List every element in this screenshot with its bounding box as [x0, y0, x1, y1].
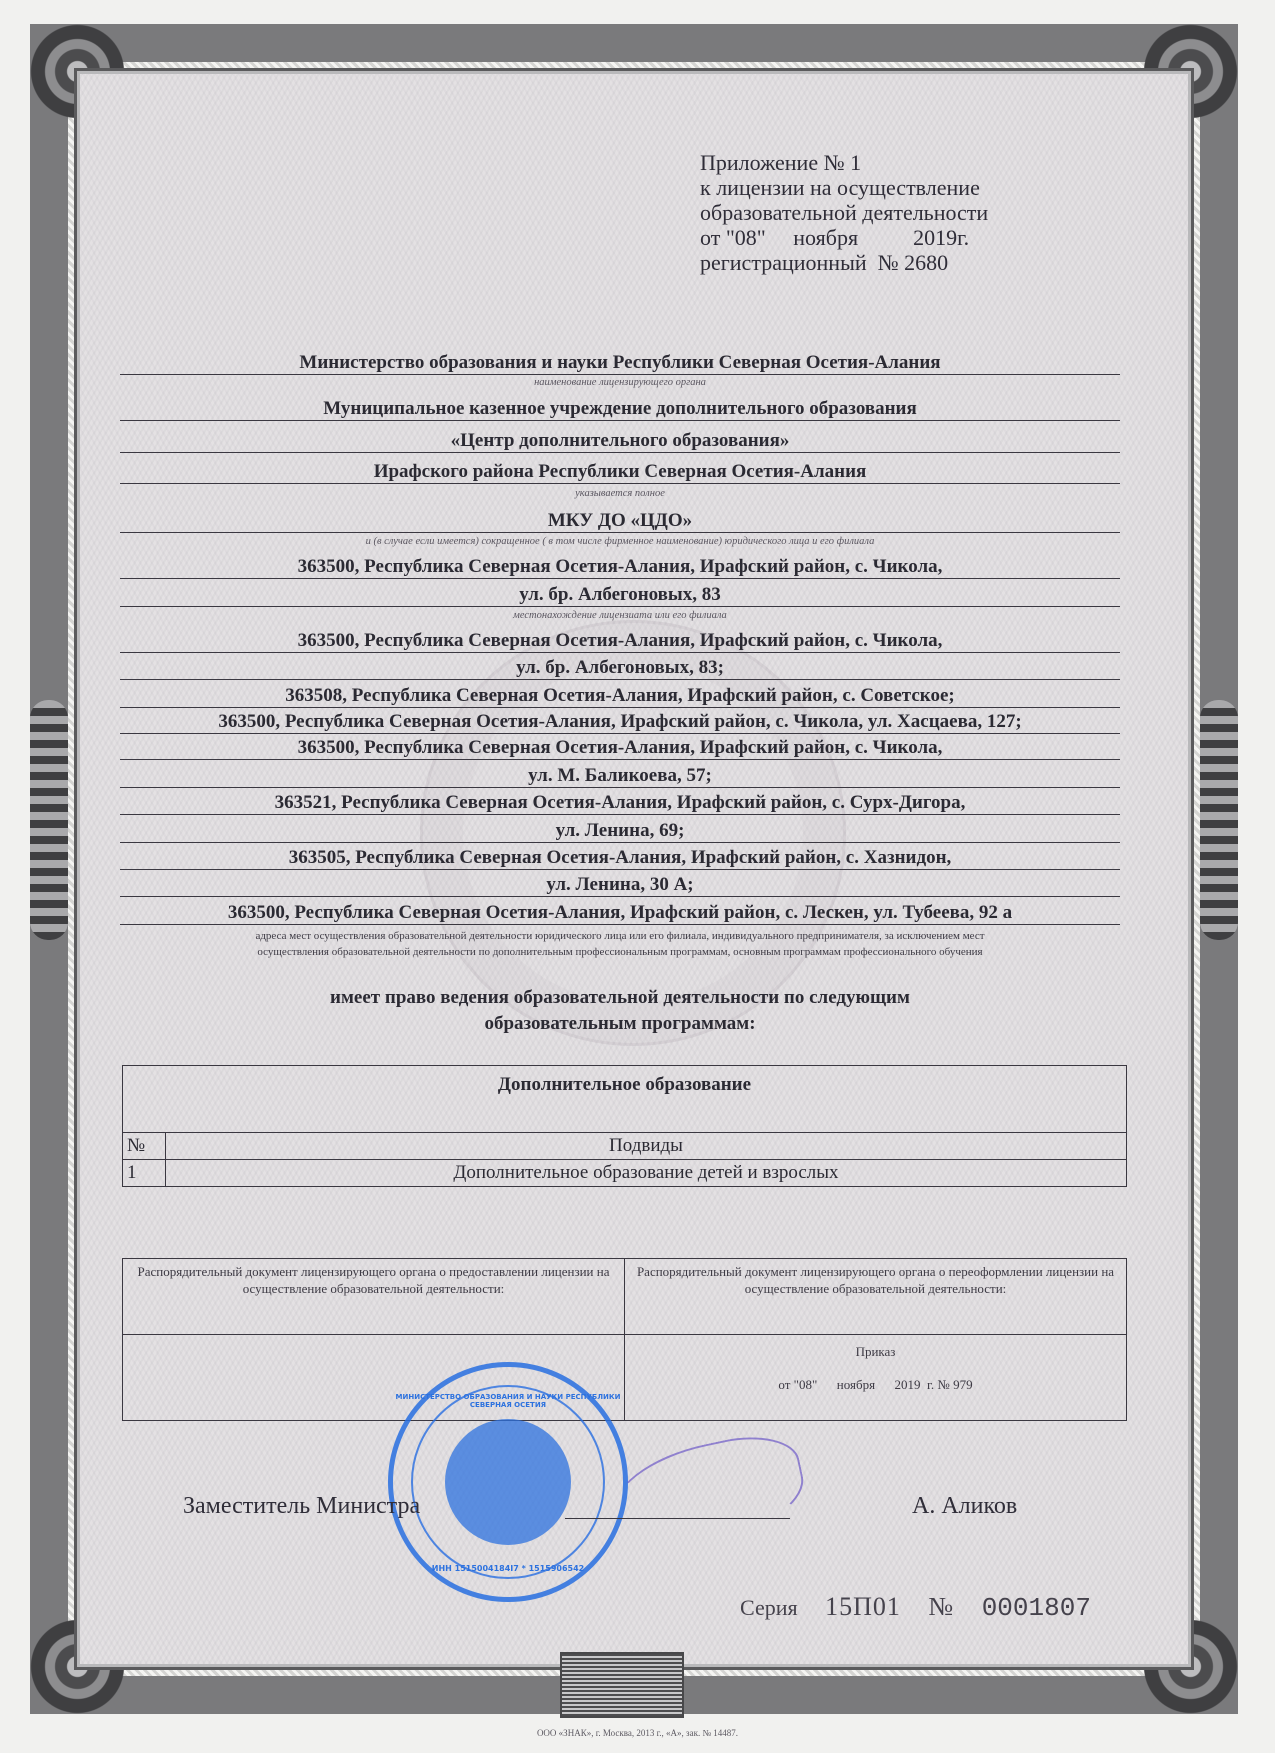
- stamp-text: ИНН 1515004184I7 * 1515906542: [393, 1564, 623, 1573]
- activity-address-line: 363500, Республика Северная Осетия-Алани…: [120, 737, 1120, 760]
- blank-serial: Серия 15П01 № 0001807: [740, 1592, 1113, 1623]
- appendix-line: к лицензии на осуществление: [700, 175, 988, 200]
- rights-statement: образовательным программам:: [120, 1012, 1120, 1036]
- activity-address-line: 363508, Республика Северная Осетия-Алани…: [120, 685, 1120, 708]
- appendix-line: образовательной деятельности: [700, 200, 988, 225]
- reissue-document-value: Приказ от "08" ноября 2019 г. № 979: [625, 1335, 1127, 1421]
- licensee-short-name: МКУ ДО «ЦДО»: [120, 510, 1120, 533]
- licensee-location-line: 363500, Республика Северная Осетия-Алани…: [120, 556, 1120, 579]
- administrative-documents-table: Распорядительный документ лицензирующего…: [122, 1258, 1127, 1421]
- activity-address-line: 363500, Республика Северная Осетия-Алани…: [120, 711, 1120, 734]
- bottom-guilloche-badge-icon: [560, 1652, 684, 1718]
- activity-address-line: ул. М. Баликоева, 57;: [120, 765, 1120, 788]
- licensor-caption: наименование лицензирующего органа: [120, 377, 1120, 389]
- licensee-location-line: ул. бр. Албегоновых, 83: [120, 584, 1120, 607]
- reissue-document-type: Приказ: [626, 1343, 1125, 1360]
- activity-address-line: 363521, Республика Северная Осетия-Алани…: [120, 792, 1120, 815]
- number-value: 0001807: [982, 1593, 1091, 1623]
- licensor-name: Министерство образования и науки Республ…: [120, 352, 1120, 375]
- programs-table: Дополнительное образование № Подвиды 1 Д…: [122, 1065, 1127, 1187]
- number-label: №: [928, 1592, 954, 1621]
- location-caption: местонахождение лицензиата или его филиа…: [120, 610, 1120, 622]
- short-name-caption: и (в случае если имеется) сокращенное ( …: [120, 536, 1120, 548]
- reissue-document-header: Распорядительный документ лицензирующего…: [625, 1259, 1127, 1335]
- activity-address-line: ул. Ленина, 30 А;: [120, 874, 1120, 897]
- rights-statement: имеет право ведения образовательной деят…: [120, 986, 1120, 1010]
- reissue-document-number: от "08" ноября 2019 г. № 979: [626, 1376, 1125, 1393]
- activity-address-line: 363500, Республика Северная Осетия-Алани…: [120, 902, 1120, 925]
- full-name-caption: указывается полное: [120, 488, 1120, 500]
- activity-address-line: 363505, Республика Северная Осетия-Алани…: [120, 847, 1120, 870]
- stamp-text: МИНИСТЕРСТВО ОБРАЗОВАНИЯ И НАУКИ РЕСПУБЛ…: [393, 1393, 623, 1409]
- column-header-subtypes: Подвиды: [166, 1133, 1127, 1160]
- series-value: 15П01: [825, 1592, 901, 1621]
- signer-name: А. Аликов: [912, 1493, 1017, 1520]
- stamp-emblem-icon: [445, 1419, 571, 1545]
- printer-imprint: ООО «ЗНАК», г. Москва, 2013 г., «А», зак…: [0, 1728, 1275, 1738]
- side-ornament-icon: [30, 700, 68, 940]
- activity-address-line: ул. Ленина, 69;: [120, 820, 1120, 843]
- program-title: Дополнительное образование: [123, 1066, 1127, 1133]
- row-number: 1: [123, 1160, 166, 1187]
- addresses-caption: осуществления образовательной деятельнос…: [120, 945, 1120, 959]
- side-ornament-icon: [1200, 700, 1238, 940]
- licensee-full-name-line: «Центр дополнительного образования»: [120, 430, 1120, 453]
- series-label: Серия: [740, 1595, 798, 1620]
- appendix-header: Приложение № 1 к лицензии на осуществлен…: [700, 150, 988, 275]
- table-row: 1 Дополнительное образование детей и взр…: [123, 1160, 1127, 1187]
- appendix-title: Приложение № 1: [700, 150, 988, 175]
- column-header-number: №: [123, 1133, 166, 1160]
- official-stamp-icon: МИНИСТЕРСТВО ОБРАЗОВАНИЯ И НАУКИ РЕСПУБЛ…: [388, 1362, 628, 1602]
- licensee-full-name-line: Ирафского района Республики Северная Осе…: [120, 461, 1120, 484]
- row-subtype: Дополнительное образование детей и взрос…: [166, 1160, 1127, 1187]
- addresses-caption: адреса мест осуществления образовательно…: [120, 929, 1120, 943]
- signature-line: [565, 1518, 790, 1519]
- activity-address-line: 363500, Республика Северная Осетия-Алани…: [120, 630, 1120, 653]
- licensee-full-name-line: Муниципальное казенное учреждение дополн…: [120, 398, 1120, 421]
- activity-address-line: ул. бр. Албегоновых, 83;: [120, 657, 1120, 680]
- appendix-date: от "08" ноября 2019г.: [700, 225, 988, 250]
- grant-document-header: Распорядительный документ лицензирующего…: [123, 1259, 625, 1335]
- appendix-registration: регистрационный № 2680: [700, 250, 988, 275]
- signer-title: Заместитель Министра: [183, 1493, 420, 1520]
